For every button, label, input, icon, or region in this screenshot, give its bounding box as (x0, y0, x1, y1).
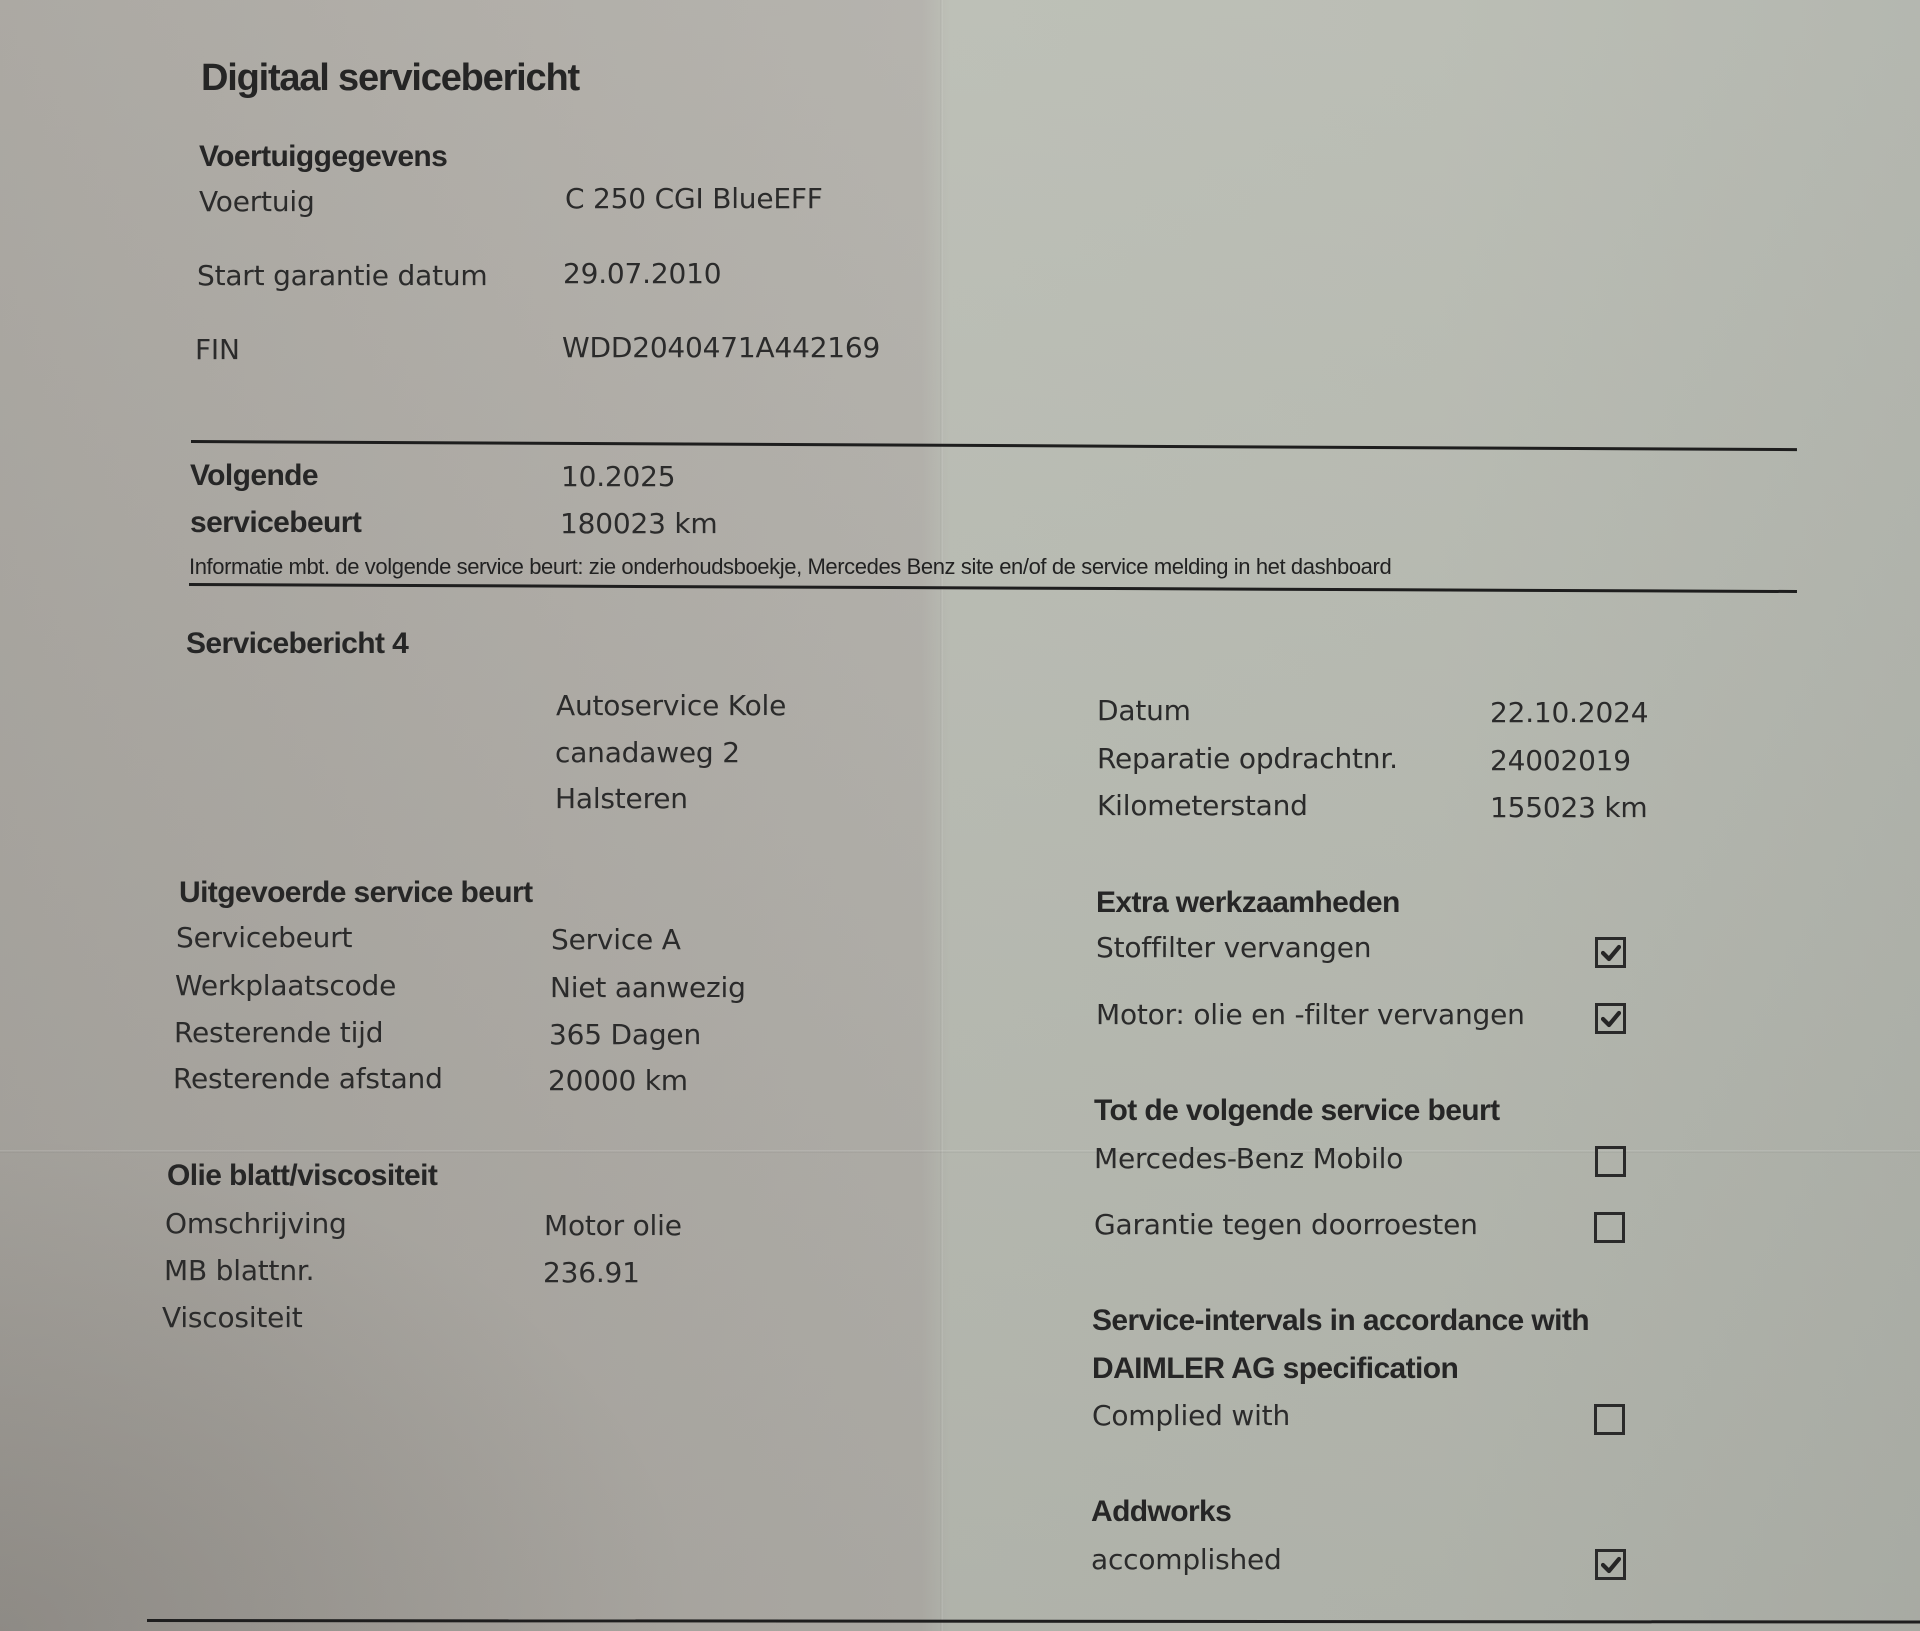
service-type-value: Service A (551, 926, 681, 954)
oil-description-label: Omschrijving (165, 1210, 347, 1238)
date-label: Datum (1097, 697, 1191, 725)
extra-work-heading: Extra werkzaamheden (1096, 888, 1400, 918)
remaining-distance-label: Resterende afstand (173, 1065, 443, 1093)
dealer-city: Halsteren (555, 785, 688, 813)
repair-order-value: 24002019 (1490, 747, 1631, 775)
mobilo-checkbox[interactable] (1595, 1146, 1626, 1177)
workshop-code-label: Werkplaatscode (175, 972, 396, 1000)
date-value: 22.10.2024 (1490, 699, 1648, 727)
divider (191, 440, 1797, 451)
checkmark-icon (1601, 1010, 1621, 1028)
checkmark-icon (1601, 944, 1621, 962)
fin-label: FIN (195, 336, 240, 364)
addworks-heading: Addworks (1091, 1497, 1231, 1527)
next-service-km: 180023 km (560, 510, 717, 538)
repair-order-label: Reparatie opdrachtnr. (1097, 745, 1398, 773)
viscosity-label: Viscositeit (162, 1304, 303, 1332)
next-service-label-1: Volgende (190, 461, 318, 491)
paper-fold-horizontal (0, 1150, 1920, 1153)
workshop-code-value: Niet aanwezig (550, 974, 746, 1002)
next-service-date: 10.2025 (561, 463, 675, 491)
accomplished-checkbox[interactable] (1595, 1549, 1626, 1580)
oil-heading: Olie blatt/viscositeit (167, 1161, 437, 1191)
oil-filter-checkbox[interactable] (1595, 1003, 1626, 1034)
paper-fold-vertical (940, 0, 943, 1631)
until-next-heading: Tot de volgende service beurt (1094, 1096, 1500, 1126)
next-service-info: Informatie mbt. de volgende service beur… (189, 556, 1391, 578)
fin-value: WDD2040471A442169 (562, 334, 880, 362)
next-service-label-2: servicebeurt (190, 508, 361, 538)
complied-label: Complied with (1092, 1402, 1290, 1430)
mobilo-label: Mercedes-Benz Mobilo (1094, 1145, 1403, 1173)
performed-heading: Uitgevoerde service beurt (179, 878, 532, 908)
paper-shadow (0, 1131, 700, 1631)
dust-filter-label: Stoffilter vervangen (1096, 934, 1371, 962)
mb-sheet-label: MB blattnr. (164, 1257, 314, 1285)
dealer-street: canadaweg 2 (555, 739, 740, 767)
mb-sheet-value: 236.91 (543, 1259, 640, 1287)
document-title: Digitaal servicebericht (201, 59, 579, 97)
rust-warranty-checkbox[interactable] (1594, 1212, 1625, 1243)
service-type-label: Servicebeurt (176, 924, 352, 952)
divider (189, 583, 1797, 593)
accomplished-label: accomplished (1091, 1546, 1282, 1574)
dealer-name: Autoservice Kole (556, 692, 786, 720)
oil-filter-label: Motor: olie en -filter vervangen (1096, 1001, 1525, 1029)
remaining-distance-value: 20000 km (548, 1067, 688, 1095)
remaining-time-value: 365 Dagen (549, 1021, 701, 1049)
vehicle-heading: Voertuiggegevens (199, 142, 447, 172)
report-heading: Servicebericht 4 (186, 629, 408, 659)
vehicle-label: Voertuig (199, 188, 315, 216)
intervals-heading-1: Service-intervals in accordance with (1092, 1306, 1589, 1336)
oil-description-value: Motor olie (544, 1212, 682, 1240)
rust-warranty-label: Garantie tegen doorroesten (1094, 1211, 1478, 1239)
warranty-start-value: 29.07.2010 (563, 260, 721, 288)
remaining-time-label: Resterende tijd (174, 1019, 383, 1047)
checkmark-icon (1601, 1556, 1621, 1574)
intervals-heading-2: DAIMLER AG specification (1092, 1354, 1458, 1384)
odometer-label: Kilometerstand (1097, 792, 1308, 820)
dust-filter-checkbox[interactable] (1595, 937, 1626, 968)
odometer-value: 155023 km (1490, 794, 1647, 822)
warranty-start-label: Start garantie datum (197, 262, 487, 290)
vehicle-value: C 250 CGI BlueEFF (565, 185, 823, 213)
divider (147, 1619, 1920, 1624)
complied-checkbox[interactable] (1594, 1404, 1625, 1435)
